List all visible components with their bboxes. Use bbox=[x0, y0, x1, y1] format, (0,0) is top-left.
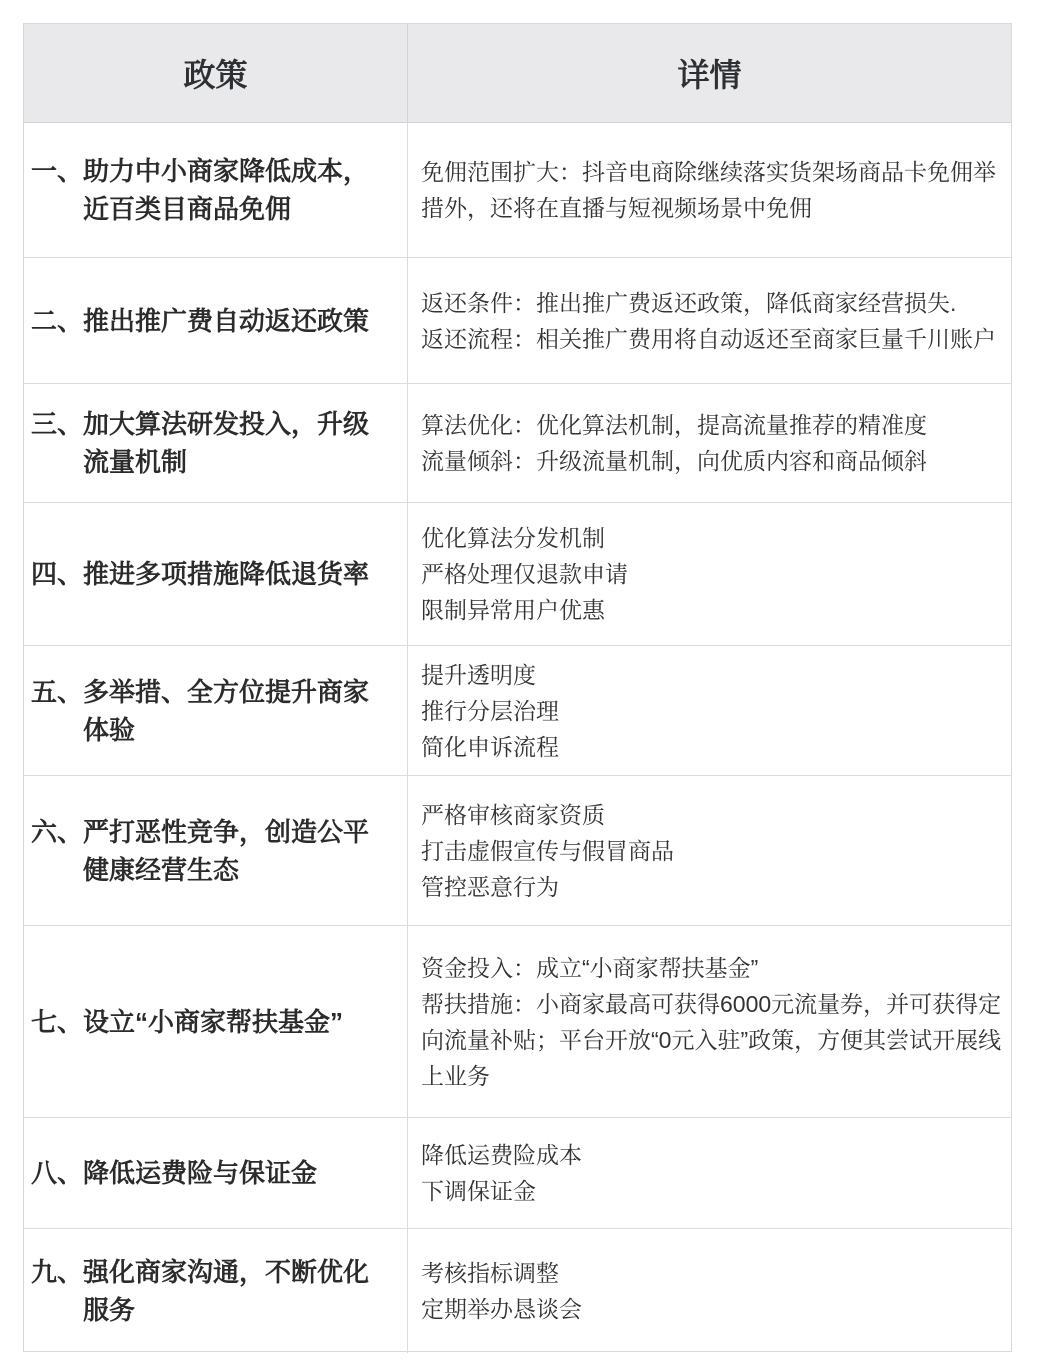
detail-line: 算法优化：优化算法机制，提高流量推荐的精准度 bbox=[421, 407, 1005, 443]
detail-line: 优化算法分发机制 bbox=[421, 520, 1005, 556]
header-cell-policy: 政策 bbox=[24, 24, 408, 122]
table-header-row: 政策 详情 bbox=[24, 24, 1011, 123]
policy-line: 九、强化商家沟通，不断优化 bbox=[31, 1253, 397, 1291]
policy-line: 八、降低运费险与保证金 bbox=[31, 1154, 397, 1192]
detail-line: 返还条件：推出推广费返还政策，降低商家经营损失. bbox=[421, 285, 1005, 321]
detail-line: 降低运费险成本 bbox=[421, 1137, 1005, 1173]
policy-line: 六、严打恶性竞争，创造公平 bbox=[31, 813, 397, 851]
policy-table: 政策 详情 一、助力中小商家降低成本，近百类目商品免佣 免佣范围扩大：抖音电商除… bbox=[23, 23, 1012, 1352]
policy-line: 七、设立“小商家帮扶基金” bbox=[31, 1003, 397, 1041]
detail-line: 资金投入：成立“小商家帮扶基金” bbox=[421, 950, 1005, 986]
policy-cell: 三、加大算法研发投入，升级流量机制 bbox=[24, 384, 408, 502]
policy-line: 服务 bbox=[31, 1291, 397, 1329]
detail-line: 定期举办恳谈会 bbox=[421, 1291, 1005, 1327]
detail-line: 返还流程：相关推广费用将自动返还至商家巨量千川账户 bbox=[421, 321, 1005, 357]
detail-line: 帮扶措施：小商家最高可获得6000元流量券，并可获得定向流量补贴；平台开放“0元… bbox=[421, 986, 1005, 1094]
table-row: 七、设立“小商家帮扶基金” 资金投入：成立“小商家帮扶基金”帮扶措施：小商家最高… bbox=[24, 926, 1011, 1118]
table-row: 九、强化商家沟通，不断优化服务 考核指标调整定期举办恳谈会 bbox=[24, 1229, 1011, 1353]
table-row: 三、加大算法研发投入，升级流量机制 算法优化：优化算法机制，提高流量推荐的精准度… bbox=[24, 384, 1011, 503]
policy-line: 流量机制 bbox=[31, 443, 397, 481]
detail-line: 限制异常用户优惠 bbox=[421, 592, 1005, 628]
detail-line: 管控恶意行为 bbox=[421, 869, 1005, 905]
detail-cell: 降低运费险成本下调保证金 bbox=[408, 1118, 1011, 1228]
policy-cell: 五、多举措、全方位提升商家体验 bbox=[24, 646, 408, 775]
policy-line: 四、推进多项措施降低退货率 bbox=[31, 555, 397, 593]
detail-cell: 优化算法分发机制严格处理仅退款申请限制异常用户优惠 bbox=[408, 503, 1011, 645]
detail-cell: 算法优化：优化算法机制，提高流量推荐的精准度流量倾斜：升级流量机制，向优质内容和… bbox=[408, 384, 1011, 502]
detail-cell: 提升透明度推行分层治理简化申诉流程 bbox=[408, 646, 1011, 775]
detail-line: 严格审核商家资质 bbox=[421, 797, 1005, 833]
detail-line: 简化申诉流程 bbox=[421, 729, 1005, 765]
detail-line: 打击虚假宣传与假冒商品 bbox=[421, 833, 1005, 869]
table-row: 六、严打恶性竞争，创造公平健康经营生态 严格审核商家资质打击虚假宣传与假冒商品管… bbox=[24, 776, 1011, 926]
detail-cell: 资金投入：成立“小商家帮扶基金”帮扶措施：小商家最高可获得6000元流量券，并可… bbox=[408, 926, 1011, 1117]
detail-line: 免佣范围扩大：抖音电商除继续落实货架场商品卡免佣举措外，还将在直播与短视频场景中… bbox=[421, 154, 1005, 226]
table-row: 四、推进多项措施降低退货率 优化算法分发机制严格处理仅退款申请限制异常用户优惠 bbox=[24, 503, 1011, 646]
detail-line: 下调保证金 bbox=[421, 1173, 1005, 1209]
detail-cell: 严格审核商家资质打击虚假宣传与假冒商品管控恶意行为 bbox=[408, 776, 1011, 925]
policy-cell: 二、推出推广费自动返还政策 bbox=[24, 258, 408, 383]
policy-line: 二、推出推广费自动返还政策 bbox=[31, 302, 397, 340]
page: { "table": { "headers": { "policy": "政策"… bbox=[0, 0, 1037, 1372]
detail-cell: 考核指标调整定期举办恳谈会 bbox=[408, 1229, 1011, 1353]
policy-cell: 六、严打恶性竞争，创造公平健康经营生态 bbox=[24, 776, 408, 925]
header-cell-detail: 详情 bbox=[408, 24, 1011, 122]
policy-line: 健康经营生态 bbox=[31, 851, 397, 889]
policy-line: 体验 bbox=[31, 711, 397, 749]
table-body: 一、助力中小商家降低成本，近百类目商品免佣 免佣范围扩大：抖音电商除继续落实货架… bbox=[24, 123, 1011, 1353]
detail-line: 提升透明度 bbox=[421, 657, 1005, 693]
policy-cell: 八、降低运费险与保证金 bbox=[24, 1118, 408, 1228]
policy-cell: 七、设立“小商家帮扶基金” bbox=[24, 926, 408, 1117]
table-row: 五、多举措、全方位提升商家体验 提升透明度推行分层治理简化申诉流程 bbox=[24, 646, 1011, 776]
policy-cell: 一、助力中小商家降低成本，近百类目商品免佣 bbox=[24, 123, 408, 257]
policy-line: 近百类目商品免佣 bbox=[31, 190, 397, 228]
table-row: 八、降低运费险与保证金 降低运费险成本下调保证金 bbox=[24, 1118, 1011, 1229]
detail-line: 流量倾斜：升级流量机制，向优质内容和商品倾斜 bbox=[421, 443, 1005, 479]
detail-line: 推行分层治理 bbox=[421, 693, 1005, 729]
table-row: 二、推出推广费自动返还政策 返还条件：推出推广费返还政策，降低商家经营损失.返还… bbox=[24, 258, 1011, 384]
policy-cell: 四、推进多项措施降低退货率 bbox=[24, 503, 408, 645]
detail-line: 考核指标调整 bbox=[421, 1255, 1005, 1291]
detail-cell: 返还条件：推出推广费返还政策，降低商家经营损失.返还流程：相关推广费用将自动返还… bbox=[408, 258, 1011, 383]
policy-line: 一、助力中小商家降低成本， bbox=[31, 152, 397, 190]
policy-cell: 九、强化商家沟通，不断优化服务 bbox=[24, 1229, 408, 1353]
policy-line: 三、加大算法研发投入，升级 bbox=[31, 405, 397, 443]
table-row: 一、助力中小商家降低成本，近百类目商品免佣 免佣范围扩大：抖音电商除继续落实货架… bbox=[24, 123, 1011, 258]
policy-line: 五、多举措、全方位提升商家 bbox=[31, 673, 397, 711]
detail-line: 严格处理仅退款申请 bbox=[421, 556, 1005, 592]
detail-cell: 免佣范围扩大：抖音电商除继续落实货架场商品卡免佣举措外，还将在直播与短视频场景中… bbox=[408, 123, 1011, 257]
